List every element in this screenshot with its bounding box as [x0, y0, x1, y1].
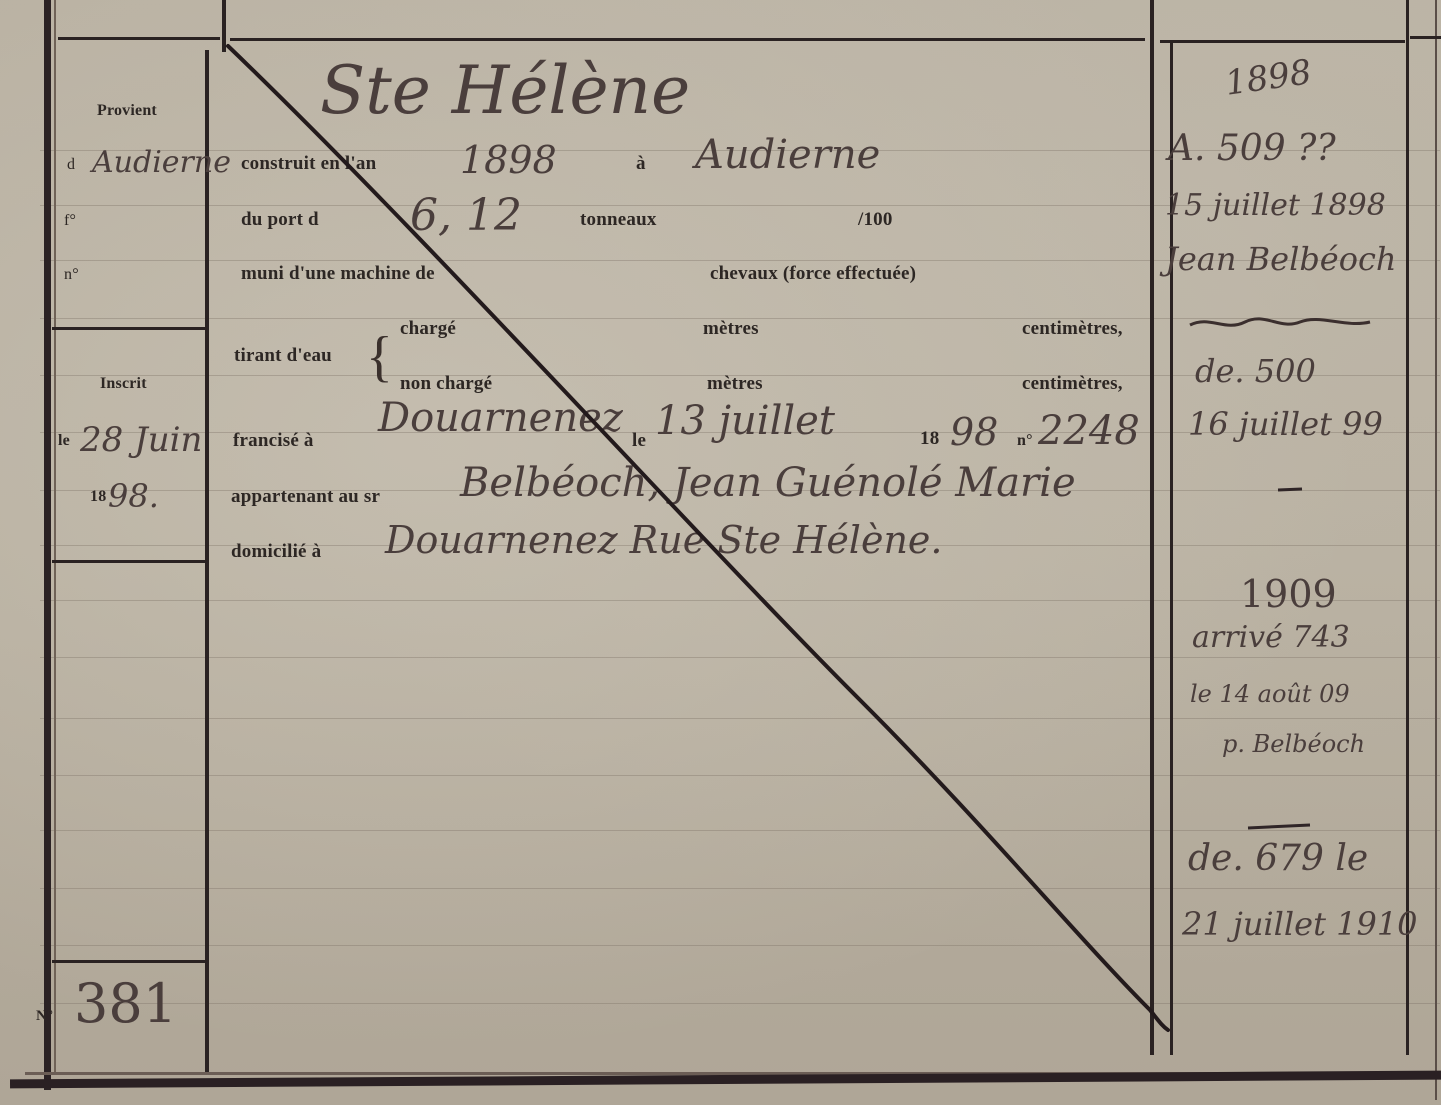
non-charge-label: non chargé: [400, 373, 492, 395]
construit-place: Audierne: [695, 132, 880, 178]
right-entry-21-juillet: 21 juillet 1910: [1182, 905, 1418, 943]
francise-place: Douarnenez: [378, 395, 623, 441]
ruling-line: [40, 657, 1440, 658]
ruling-line: [40, 888, 1440, 889]
header-rule: [1410, 36, 1441, 39]
column-divider: [1150, 0, 1154, 1055]
francise-date: 13 juillet: [655, 398, 835, 444]
non-charge-metres-label: mètres: [707, 373, 763, 395]
construit-year: 1898: [460, 138, 557, 182]
ruling-line: [40, 945, 1440, 946]
right-entry-16-juillet: 16 juillet 99: [1188, 405, 1383, 443]
tirant-label: tirant d'eau: [234, 345, 332, 367]
right-edge: [1435, 0, 1437, 1100]
tonneaux-label: tonneaux: [580, 209, 657, 231]
right-entry-arrive: arrivé 743: [1192, 620, 1350, 655]
tirant-brace: {: [366, 325, 393, 389]
right-entry-owner: Jean Belbéoch: [1165, 240, 1397, 278]
right-entry-14-aout: le 14 août 09: [1190, 680, 1350, 708]
construit-a-label: à: [636, 153, 646, 175]
francise-label: francisé à: [233, 430, 314, 452]
overline-mark: [1248, 825, 1310, 828]
francise-year-printed: 18: [920, 428, 939, 450]
provient-prefix-number: n°: [64, 266, 79, 284]
inscrit-le-label: le: [58, 432, 70, 450]
ruling-line: [40, 775, 1440, 776]
register-number: 381: [74, 972, 177, 1035]
right-entry-signature: p. Belbéoch: [1222, 730, 1365, 758]
ruling-line: [40, 718, 1440, 719]
charge-metres-label: mètres: [703, 318, 759, 340]
inscrit-date: 28 Juin: [80, 420, 202, 460]
number-label: N°: [36, 1008, 53, 1025]
provient-value: Audierne: [92, 145, 231, 180]
inscrit-year-hand: 98.: [108, 477, 159, 515]
francise-number: 2248: [1038, 408, 1140, 454]
provient-prefix-d: d: [67, 156, 75, 174]
right-entry-1909: 1909: [1240, 572, 1337, 616]
inner-left-border: [54, 0, 56, 1075]
tonneaux-fraction: /100: [858, 209, 893, 231]
header-rule: [1160, 40, 1405, 43]
construit-label: construit en l'an: [241, 153, 376, 175]
non-charge-centimetres-label: centimètres,: [1022, 373, 1123, 395]
machine-label: muni d'une machine de: [241, 263, 435, 285]
domicile-value: Douarnenez Rue Ste Hélène.: [385, 518, 943, 562]
port-value: 6, 12: [410, 190, 522, 241]
column-divider: [1406, 0, 1409, 1055]
provient-prefix-folio: f°: [64, 212, 76, 230]
section-rule: [52, 327, 207, 330]
section-rule: [52, 560, 207, 563]
header-rule: [58, 37, 220, 40]
chevaux-label: chevaux (force effectuée): [710, 263, 916, 285]
ruling-line: [40, 600, 1440, 601]
column-divider: [222, 0, 226, 52]
appartenant-label: appartenant au sr: [231, 486, 380, 508]
charge-centimetres-label: centimètres,: [1022, 318, 1123, 340]
francise-year-hand: 98: [950, 410, 998, 454]
port-label: du port d: [241, 209, 319, 231]
provient-label: Provient: [97, 102, 157, 120]
ruling-line: [40, 1003, 1440, 1004]
inscrit-year-printed: 18: [90, 488, 106, 506]
header-rule: [230, 38, 1145, 41]
right-entry-act: A. 509 ??: [1168, 128, 1336, 169]
ledger-page: Provient d f° n° Audierne Inscrit le 28 …: [0, 0, 1441, 1105]
inscrit-label: Inscrit: [100, 375, 147, 393]
owner-name: Belbéoch, Jean Guénolé Marie: [460, 460, 1076, 506]
right-entry-date: 15 juillet 1898: [1165, 188, 1386, 223]
section-rule: [52, 960, 207, 963]
right-entry-de-679: de. 679 le: [1188, 838, 1368, 879]
domicile-label: domicilié à: [231, 541, 321, 563]
francise-number-label: n°: [1017, 432, 1033, 450]
right-entry-de-500: de. 500: [1195, 352, 1316, 390]
wavy-separator: [1190, 319, 1370, 325]
ruling-line: [40, 830, 1440, 831]
charge-label: chargé: [400, 318, 456, 340]
ship-name: Ste Hélène: [320, 52, 690, 129]
francise-le-label: le: [632, 430, 646, 452]
right-entry-year: 1898: [1223, 52, 1314, 104]
outer-left-border: [44, 0, 51, 1090]
